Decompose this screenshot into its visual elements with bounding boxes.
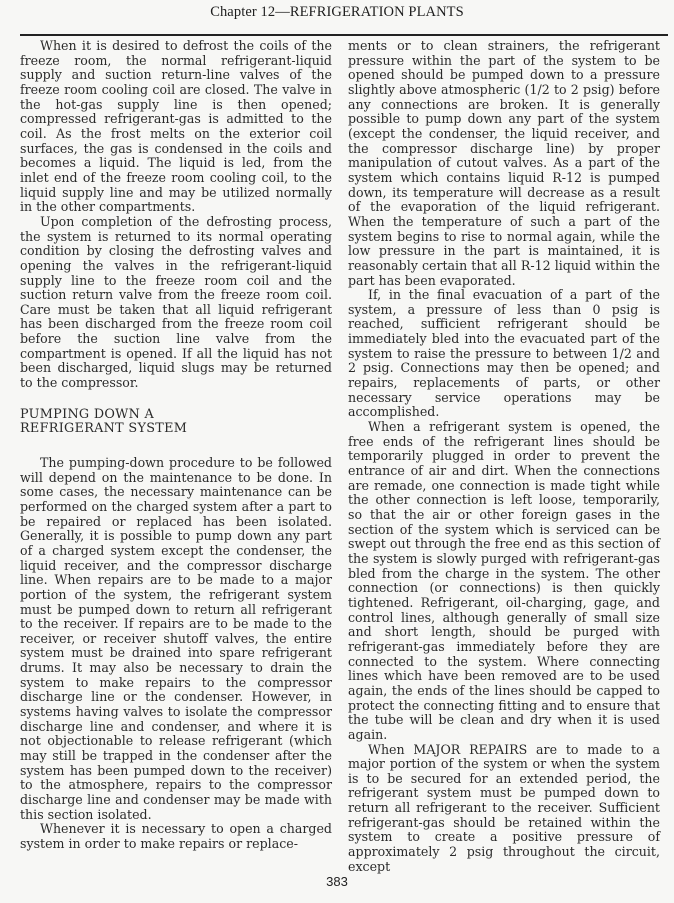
page-number: 383 [0,874,674,889]
paragraph-opening-system: Whenever it is necessary to open a charg… [20,822,332,851]
section-heading: PUMPING DOWN A REFRIGERANT SYSTEM [20,408,250,437]
running-head: Chapter 12—REFRIGERATION PLANTS [0,4,674,21]
right-column: ments or to clean strainers, the refrige… [348,39,660,874]
paragraph-defrost: When it is desired to defrost the coils … [20,39,332,215]
paragraph-pumping-procedure: The pumping-down procedure to be followe… [20,456,332,822]
paragraph-system-opened: When a refrigerant system is opened, the… [348,420,660,742]
left-column: When it is desired to defrost the coils … [20,39,332,852]
paragraph-completion: Upon completion of the defrosting proces… [20,215,332,391]
paragraph-continued: ments or to clean strainers, the refrige… [348,39,660,288]
header-rule [20,34,668,36]
paragraph-final-evacuation: If, in the final evacuation of a part of… [348,288,660,420]
paragraph-major-repairs: When MAJOR REPAIRS are to made to a majo… [348,743,660,875]
